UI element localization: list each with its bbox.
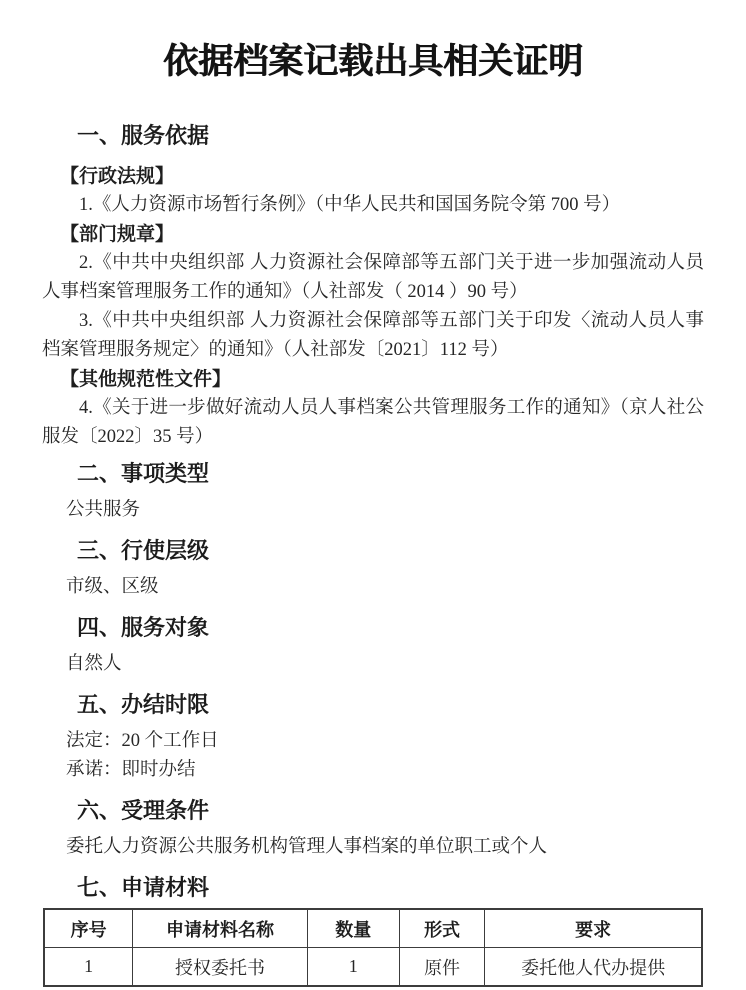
section-heading-time-limit: 五、办结时限 xyxy=(42,693,704,717)
column-header-serial-number: 序号 xyxy=(44,909,133,948)
legal-basis-item-2: 2.《中共中央组织部 人力资源社会保障部等五部门关于进一步加强流动人员人事档案管… xyxy=(42,249,704,307)
column-header-material-name: 申请材料名称 xyxy=(133,909,307,948)
legal-basis-item-1: 1.《人力资源市场暂行条例》（中华人民共和国国务院令第 700 号） xyxy=(42,191,704,220)
cell-form: 原件 xyxy=(399,948,485,987)
legal-basis-item-3: 3.《中共中央组织部 人力资源社会保障部等五部门关于印发〈流动人员人事档案管理服… xyxy=(42,307,704,365)
acceptance-conditions-value: 委托人力资源公共服务机构管理人事档案的单位职工或个人 xyxy=(42,833,704,862)
subsection-label-administrative-regulations: 【行政法规】 xyxy=(42,162,704,191)
cell-material-name: 授权委托书 xyxy=(133,948,307,987)
column-header-form: 形式 xyxy=(399,909,485,948)
section-heading-acceptance-conditions: 六、受理条件 xyxy=(42,799,704,823)
application-materials-table: 序号 申请材料名称 数量 形式 要求 1 授权委托书 1 原件 委托他人代办提供 xyxy=(43,908,703,987)
exercise-level-value: 市级、区级 xyxy=(42,573,704,602)
materials-table-row: 1 授权委托书 1 原件 委托他人代办提供 xyxy=(44,948,702,987)
subsection-label-other-normative-documents: 【其他规范性文件】 xyxy=(42,365,704,394)
cell-quantity: 1 xyxy=(307,948,399,987)
column-header-quantity: 数量 xyxy=(307,909,399,948)
item-type-value: 公共服务 xyxy=(42,496,704,525)
cell-requirement: 委托他人代办提供 xyxy=(485,948,702,987)
service-target-value: 自然人 xyxy=(42,650,704,679)
cell-serial-number: 1 xyxy=(44,948,133,987)
subsection-label-department-rules: 【部门规章】 xyxy=(42,220,704,249)
time-limit-promised: 承诺：即时办结 xyxy=(42,756,704,785)
time-limit-statutory: 法定：20 个工作日 xyxy=(42,727,704,756)
section-heading-item-type: 二、事项类型 xyxy=(42,462,704,486)
section-heading-service-target: 四、服务对象 xyxy=(42,616,704,640)
page-title: 依据档案记载出具相关证明 xyxy=(42,40,704,84)
materials-table-header-row: 序号 申请材料名称 数量 形式 要求 xyxy=(44,909,702,948)
column-header-requirement: 要求 xyxy=(485,909,702,948)
section-heading-exercise-level: 三、行使层级 xyxy=(42,539,704,563)
section-heading-application-materials: 七、申请材料 xyxy=(42,876,704,900)
legal-basis-item-4: 4.《关于进一步做好流动人员人事档案公共管理服务工作的通知》（京人社公服发〔20… xyxy=(42,394,704,452)
section-heading-service-basis: 一、服务依据 xyxy=(42,124,704,148)
document-page: 依据档案记载出具相关证明 一、服务依据 【行政法规】 1.《人力资源市场暂行条例… xyxy=(0,0,746,987)
